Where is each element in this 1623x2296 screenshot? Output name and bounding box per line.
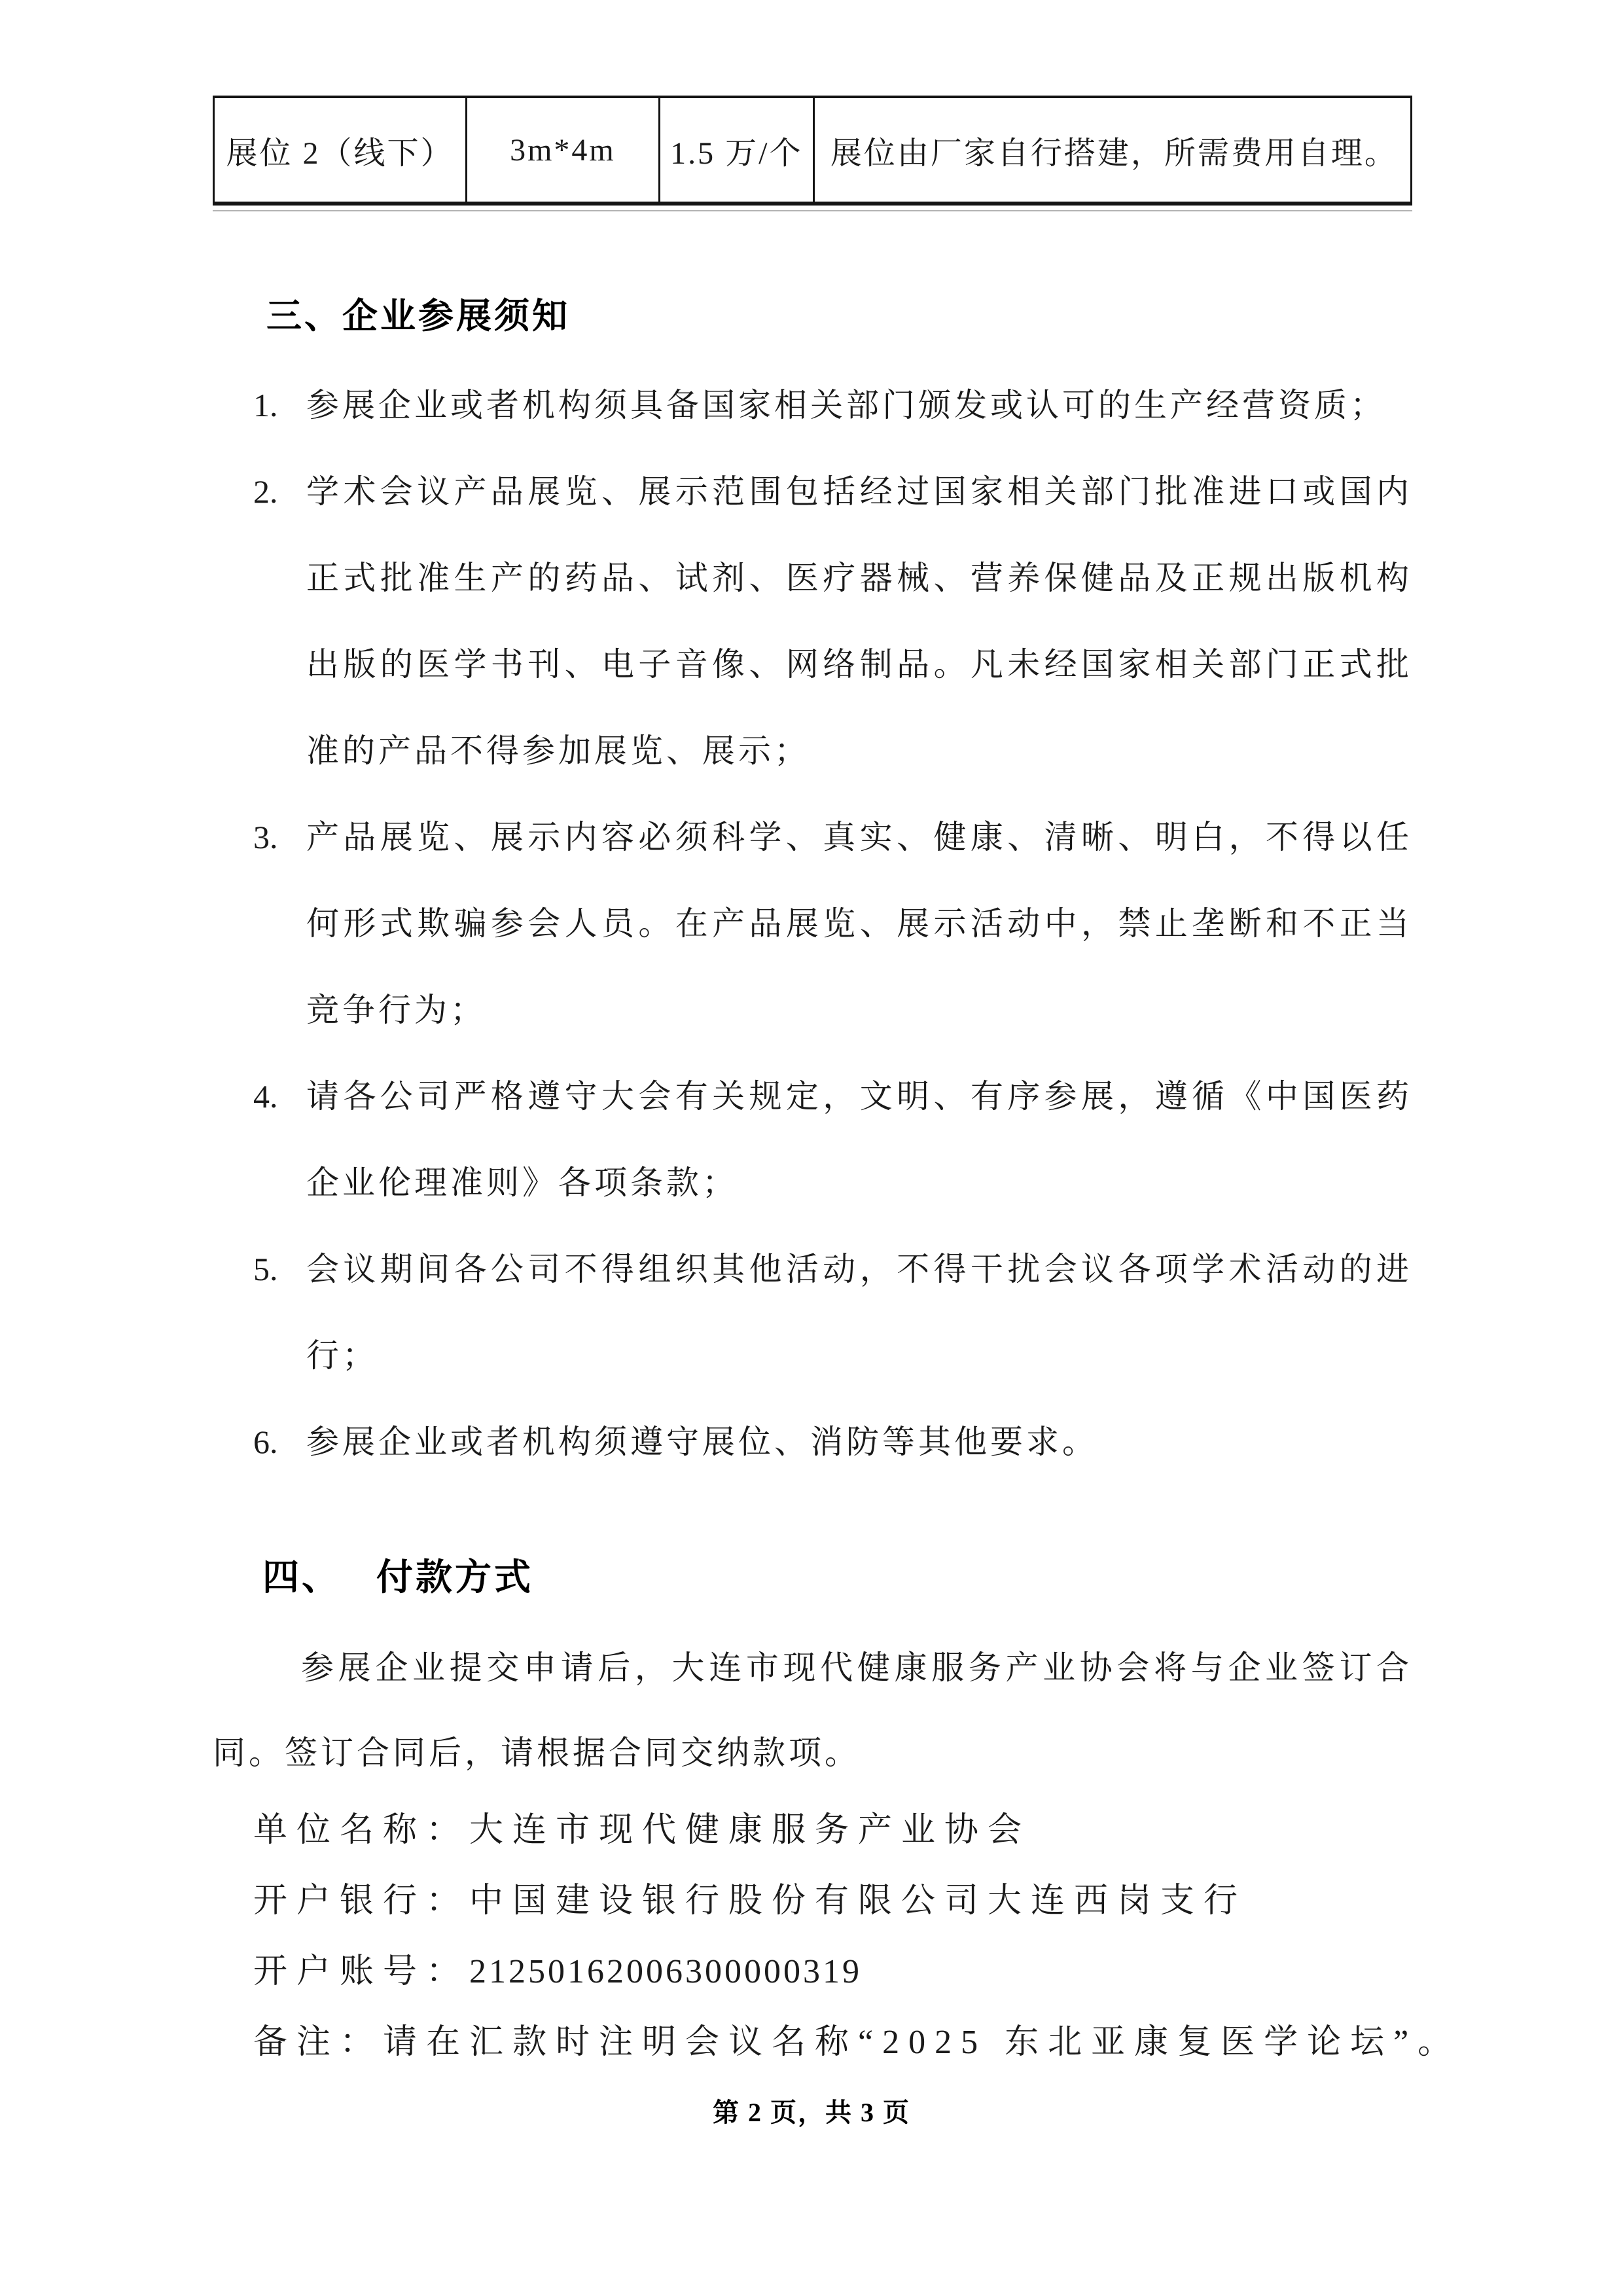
booth-size-cell: 3m*4m bbox=[467, 97, 660, 204]
info-label: 单位名称： bbox=[253, 1812, 469, 1849]
list-item: 3. 产品展览、展示内容必须科学、真实、健康、清晰、明白，不得以任何形式欺骗参会… bbox=[213, 794, 1412, 1053]
booth-name-cell: 展位 2（线下） bbox=[214, 97, 467, 204]
bank-info-block: 单位名称：大连市现代健康服务产业协会 开户银行：中国建设银行股份有限公司大连西岗… bbox=[253, 1795, 1412, 2078]
info-label: 备注： bbox=[253, 2024, 383, 2061]
list-item: 5. 会议期间各公司不得组织其他活动，不得干扰会议各项学术活动的进行； bbox=[213, 1226, 1412, 1399]
booth-note-cell: 展位由厂家自行搭建，所需费用自理。 bbox=[813, 97, 1411, 204]
bank-info-row-remark: 备注：请在汇款时注明会议名称“2025 东北亚康复医学论坛”。 bbox=[253, 2007, 1412, 2078]
list-item: 4. 请各公司严格遵守大会有关规定，文明、有序参展，遵循《中国医药企业伦理准则》… bbox=[213, 1053, 1412, 1226]
bank-info-row-bank-name: 开户银行：中国建设银行股份有限公司大连西岗支行 bbox=[253, 1866, 1412, 1937]
info-value: 大连市现代健康服务产业协会 bbox=[469, 1812, 1031, 1849]
info-label: 开户账号： bbox=[253, 1953, 469, 1990]
list-item: 2. 学术会议产品展览、展示范围包括经过国家相关部门批准进口或国内正式批准生产的… bbox=[213, 448, 1412, 794]
page-content: 展位 2（线下） 3m*4m 1.5 万/个 展位由厂家自行搭建，所需费用自理。… bbox=[213, 0, 1412, 2078]
bank-info-row-account-number: 开户账号：21250162006300000319 bbox=[253, 1937, 1412, 2007]
section-heading-exhibitor-notes: 三、企业参展须知 bbox=[266, 295, 1412, 337]
info-label: 开户银行： bbox=[253, 1882, 469, 1920]
list-item: 6. 参展企业或者机构须遵守展位、消防等其他要求。 bbox=[213, 1399, 1412, 1485]
list-item-number: 3. bbox=[253, 794, 278, 880]
list-item-number: 5. bbox=[253, 1226, 278, 1312]
list-item: 1. 参展企业或者机构须具备国家相关部门颁发或认可的生产经营资质； bbox=[213, 362, 1412, 448]
section-heading-payment-method: 四、付款方式 bbox=[262, 1557, 1412, 1599]
info-value: 中国建设银行股份有限公司大连西岗支行 bbox=[469, 1882, 1247, 1920]
list-item-text: 会议期间各公司不得组织其他活动，不得干扰会议各项学术活动的进行； bbox=[306, 1251, 1412, 1374]
booth-price-table: 展位 2（线下） 3m*4m 1.5 万/个 展位由厂家自行搭建，所需费用自理。 bbox=[213, 96, 1412, 206]
list-item-text: 学术会议产品展览、展示范围包括经过国家相关部门批准进口或国内正式批准生产的药品、… bbox=[306, 473, 1412, 769]
payment-intro-paragraph: 参展企业提交申请后，大连市现代健康服务产业协会将与企业签订合同。签订合同后，请根… bbox=[213, 1625, 1412, 1795]
list-item-number: 2. bbox=[253, 448, 278, 535]
page-number-footer: 第 2 页，共 3 页 bbox=[0, 2092, 1623, 2129]
booth-price-cell: 1.5 万/个 bbox=[659, 97, 813, 204]
section-number: 四、 bbox=[262, 1558, 341, 1598]
list-item-number: 4. bbox=[253, 1053, 278, 1139]
table-row: 展位 2（线下） 3m*4m 1.5 万/个 展位由厂家自行搭建，所需费用自理。 bbox=[214, 97, 1412, 204]
list-item-number: 6. bbox=[253, 1399, 278, 1485]
list-item-number: 1. bbox=[253, 362, 278, 448]
bank-info-row-unit-name: 单位名称：大连市现代健康服务产业协会 bbox=[253, 1795, 1412, 1866]
account-number-value: 21250162006300000319 bbox=[469, 1953, 862, 1990]
info-value: 请在汇款时注明会议名称“2025 东北亚康复医学论坛”。 bbox=[383, 2024, 1461, 2061]
list-item-text: 参展企业或者机构须具备国家相关部门颁发或认可的生产经营资质； bbox=[306, 387, 1386, 423]
list-item-text: 产品展览、展示内容必须科学、真实、健康、清晰、明白，不得以任何形式欺骗参会人员。… bbox=[306, 819, 1412, 1028]
list-item-text: 参展企业或者机构须遵守展位、消防等其他要求。 bbox=[306, 1424, 1098, 1460]
document-page: 展位 2（线下） 3m*4m 1.5 万/个 展位由厂家自行搭建，所需费用自理。… bbox=[0, 0, 1623, 2296]
table-bottom-rule bbox=[213, 210, 1412, 211]
exhibitor-notes-list: 1. 参展企业或者机构须具备国家相关部门颁发或认可的生产经营资质； 2. 学术会… bbox=[213, 362, 1412, 1485]
list-item-text: 请各公司严格遵守大会有关规定，文明、有序参展，遵循《中国医药企业伦理准则》各项条… bbox=[306, 1078, 1412, 1201]
section-title: 付款方式 bbox=[376, 1557, 533, 1599]
